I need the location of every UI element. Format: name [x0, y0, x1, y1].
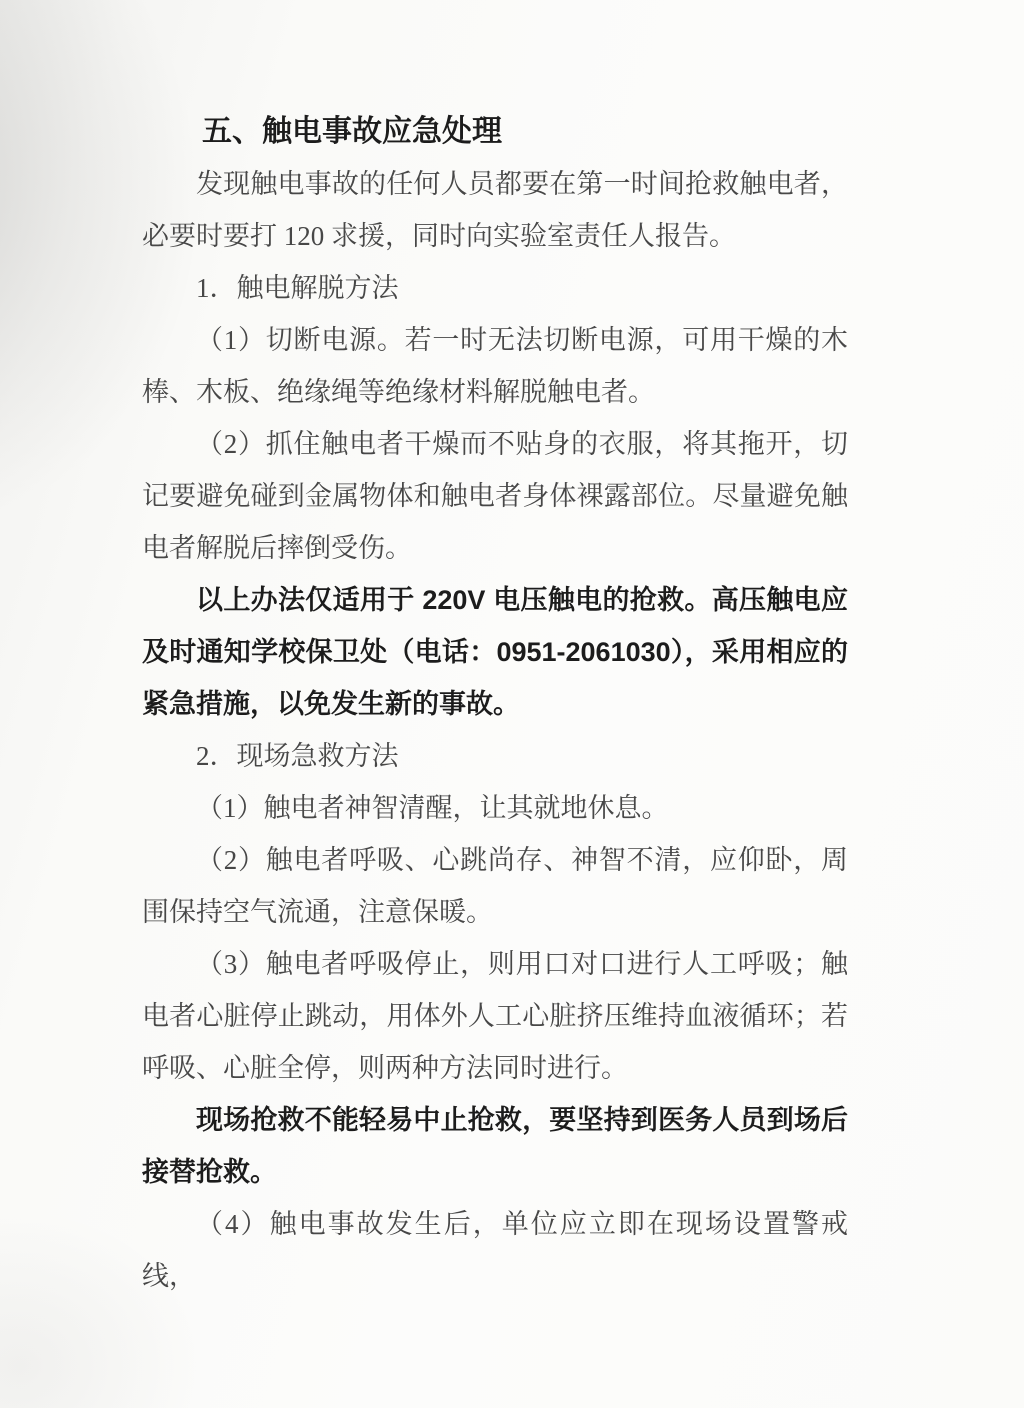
document-body: 五、触电事故应急处理 发现触电事故的任何人员都要在第一时间抢救触电者，必要时要打…: [142, 106, 848, 1302]
scanned-document-page: 五、触电事故应急处理 发现触电事故的任何人员都要在第一时间抢救触电者，必要时要打…: [0, 0, 1024, 1408]
subheading-first-aid-methods: 2．现场急救方法: [142, 730, 848, 782]
paragraph-first-aid-item-3: （3）触电者呼吸停止，则用口对口进行人工呼吸；触电者心脏停止跳动，用体外人工心脏…: [142, 938, 848, 1094]
paragraph-escape-item-1: （1）切断电源。若一时无法切断电源，可用干燥的木棒、木板、绝缘绳等绝缘材料解脱触…: [142, 314, 848, 418]
paragraph-intro: 发现触电事故的任何人员都要在第一时间抢救触电者，必要时要打 120 求援，同时向…: [142, 158, 848, 262]
paragraph-first-aid-item-2: （2）触电者呼吸、心跳尚存、神智不清，应仰卧，周围保持空气流通，注意保暖。: [142, 834, 848, 938]
paragraph-rescue-persistence-warning: 现场抢救不能轻易中止抢救，要坚持到医务人员到场后接替抢救。: [142, 1094, 848, 1198]
paragraph-first-aid-item-1: （1）触电者神智清醒，让其就地休息。: [142, 782, 848, 834]
subheading-escape-methods: 1．触电解脱方法: [142, 262, 848, 314]
paragraph-first-aid-item-4: （4）触电事故发生后，单位应立即在现场设置警戒线，: [142, 1198, 848, 1302]
paragraph-high-voltage-warning: 以上办法仅适用于 220V 电压触电的抢救。高压触电应及时通知学校保卫处（电话：…: [142, 574, 848, 730]
paragraph-escape-item-2: （2）抓住触电者干燥而不贴身的衣服，将其拖开，切记要避免碰到金属物体和触电者身体…: [142, 418, 848, 574]
section-heading: 五、触电事故应急处理: [142, 106, 848, 158]
